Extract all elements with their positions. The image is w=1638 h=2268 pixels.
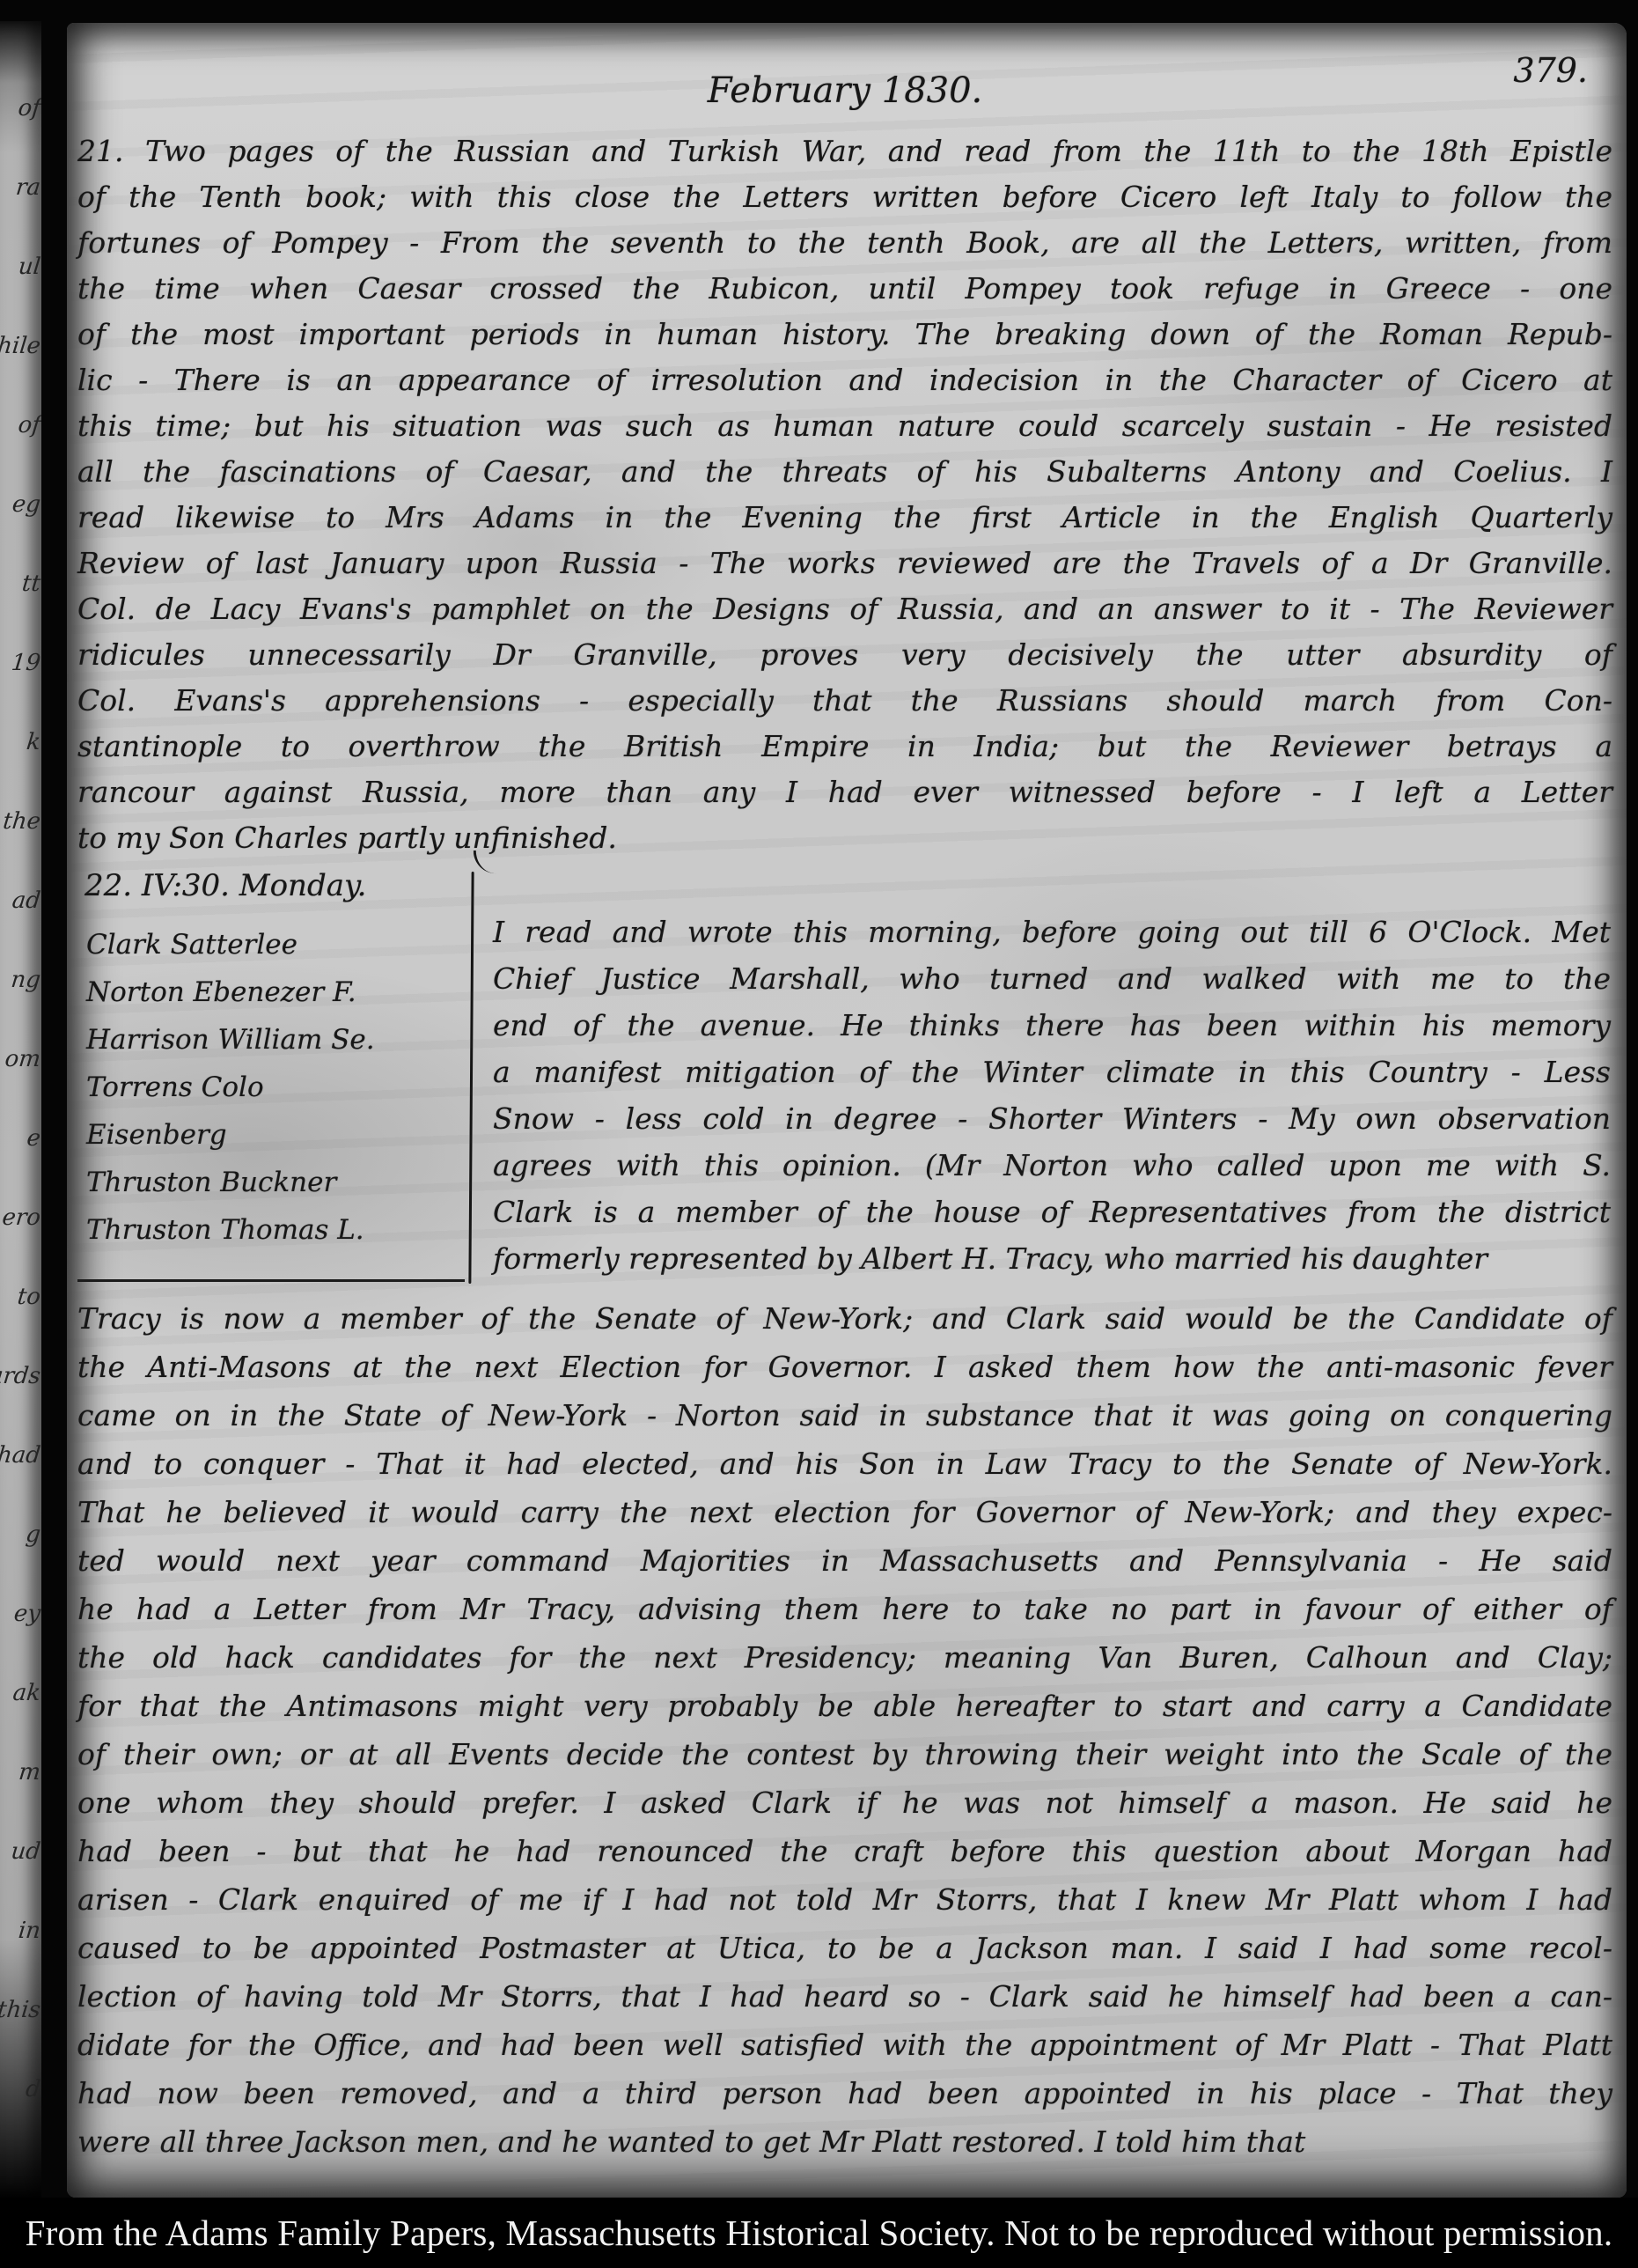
manuscript-line: That he believed it would carry the next…: [77, 1488, 1612, 1536]
visitor-name: Norton Ebenezer F.: [86, 968, 465, 1016]
manuscript-line: formerly represented by Albert H. Tracy,…: [493, 1235, 1611, 1282]
edge-text-fragment: d: [0, 2050, 41, 2129]
edge-text-fragment: of: [0, 69, 41, 148]
caption-bar: From the Adams Family Papers, Massachuse…: [0, 2198, 1638, 2268]
manuscript-scan: ofraulhileofegtt19ktheadngomeerotoardsha…: [0, 0, 1638, 2268]
edge-text-fragment: ey: [0, 1574, 41, 1653]
manuscript-line: a manifest mitigation of the Winter clim…: [493, 1049, 1611, 1095]
edge-text-fragment: ero: [0, 1178, 41, 1257]
edge-text-fragment: eg: [0, 465, 41, 544]
visitor-name: Torrens Colo: [86, 1064, 465, 1111]
manuscript-line: all the fascinations of Caesar, and the …: [77, 449, 1612, 495]
visitor-name: Clark Satterlee: [86, 921, 465, 968]
edge-text-fragment: ad: [0, 861, 41, 940]
edge-text-fragment: ak: [0, 1653, 41, 1733]
manuscript-line: read likewise to Mrs Adams in the Evenin…: [77, 495, 1612, 541]
edge-text-fragment: ng: [0, 940, 41, 1020]
manuscript-line: and to conquer - That it had elected, an…: [77, 1440, 1612, 1488]
manuscript-line: Chief Justice Marshall, who turned and w…: [493, 955, 1611, 1002]
manuscript-line: came on in the State of New-York - Norto…: [77, 1391, 1612, 1440]
manuscript-line: ridicules unnecessarily Dr Granville, pr…: [77, 632, 1612, 678]
manuscript-line: caused to be appointed Postmaster at Uti…: [77, 1924, 1612, 1972]
edge-text-fragment: ards: [0, 1336, 41, 1416]
edge-text-fragment: om: [0, 1020, 41, 1099]
caption-text: From the Adams Family Papers, Massachuse…: [26, 2212, 1613, 2254]
edge-text-fragment: to: [0, 1257, 41, 1336]
manuscript-line: had now been removed, and a third person…: [77, 2069, 1612, 2117]
manuscript-line: 21. Two pages of the Russian and Turkish…: [77, 129, 1612, 174]
manuscript-line: of their own; or at all Events decide th…: [77, 1730, 1612, 1778]
edge-text-fragment: ud: [0, 1812, 41, 1891]
edge-text-fragment: ul: [0, 227, 41, 306]
manuscript-line: Clark is a member of the house of Repres…: [493, 1189, 1611, 1235]
edge-text-fragment: this: [0, 1970, 41, 2050]
page-number: 379.: [1513, 51, 1588, 90]
edge-text-fragment: had: [0, 1416, 41, 1495]
edge-text-fragment: m: [0, 1733, 41, 1812]
manuscript-line: of the most important periods in human h…: [77, 312, 1612, 357]
manuscript-line: this time; but his situation was such as…: [77, 403, 1612, 449]
manuscript-line: lic - There is an appearance of irresolu…: [77, 357, 1612, 403]
manuscript-line: Col. de Lacy Evans's pamphlet on the Des…: [77, 586, 1612, 632]
edge-text-fragment: the: [0, 782, 41, 861]
manuscript-line: one whom they should prefer. I asked Cla…: [77, 1778, 1612, 1827]
diary-page: February 1830. 379. 21. Two pages of the…: [67, 23, 1627, 2198]
manuscript-line: lection of having told Mr Storrs, that I…: [77, 1972, 1612, 2021]
manuscript-line: the Anti-Masons at the next Election for…: [77, 1343, 1612, 1391]
manuscript-line: end of the avenue. He thinks there has b…: [493, 1002, 1611, 1049]
manuscript-line: ted would next year command Majorities i…: [77, 1536, 1612, 1585]
edge-text-fragment: k: [0, 703, 41, 782]
manuscript-line: to my Son Charles partly unfinished.: [77, 815, 1612, 861]
manuscript-line: stantinople to overthrow the British Emp…: [77, 724, 1612, 769]
manuscript-line: he had a Letter from Mr Tracy, advising …: [77, 1585, 1612, 1633]
entry-february-22-columns: Clark SatterleeNorton Ebenezer F.Harriso…: [77, 909, 1612, 1282]
edge-text-fragment: in: [0, 1891, 41, 1970]
manuscript-line: Review of last January upon Russia - The…: [77, 541, 1612, 586]
manuscript-line: I read and wrote this morning, before go…: [493, 909, 1611, 955]
manuscript-line: the time when Caesar crossed the Rubicon…: [77, 266, 1612, 312]
visitor-name: Harrison William Se.: [86, 1016, 465, 1064]
entry-february-21: 21. Two pages of the Russian and Turkish…: [77, 129, 1612, 861]
edge-text-fragment: g: [0, 1495, 41, 1574]
edge-text-fragment: e: [0, 1099, 41, 1178]
edge-text-fragment: tt: [0, 544, 41, 623]
edge-text-fragment: of: [0, 386, 41, 465]
manuscript-line: arisen - Clark enquired of me if I had n…: [77, 1875, 1612, 1924]
manuscript-line: were all three Jackson men, and he wante…: [77, 2117, 1612, 2166]
month-heading: February 1830.: [77, 70, 1612, 111]
manuscript-line: the old hack candidates for the next Pre…: [77, 1633, 1612, 1682]
manuscript-line: for that the Antimasons might very proba…: [77, 1682, 1612, 1730]
visitor-name: Thruston Buckner: [86, 1159, 465, 1206]
manuscript-line: had been - but that he had renounced the…: [77, 1827, 1612, 1875]
visitor-list: Clark SatterleeNorton Ebenezer F.Harriso…: [77, 909, 465, 1282]
facing-page-edge: ofraulhileofegtt19ktheadngomeerotoardsha…: [0, 21, 41, 2201]
manuscript-line: didate for the Office, and had been well…: [77, 2021, 1612, 2069]
visitor-name: Eisenberg: [86, 1111, 465, 1159]
manuscript-line: Tracy is now a member of the Senate of N…: [77, 1294, 1612, 1343]
manuscript-line: Col. Evans's apprehensions - especially …: [77, 678, 1612, 724]
entry-february-22-column-text: I read and wrote this morning, before go…: [465, 909, 1612, 1282]
page-header: February 1830. 379.: [77, 48, 1612, 121]
manuscript-line: rancour against Russia, more than any I …: [77, 769, 1612, 815]
manuscript-line: of the Tenth book; with this close the L…: [77, 174, 1612, 220]
entry-february-22-date: 22. IV:30. Monday.: [84, 868, 1612, 903]
visitor-name: Thruston Thomas L.: [86, 1206, 465, 1254]
manuscript-line: Snow - less cold in degree - Shorter Win…: [493, 1095, 1611, 1142]
manuscript-line: fortunes of Pompey - From the seventh to…: [77, 220, 1612, 266]
manuscript-line: agrees with this opinion. (Mr Norton who…: [493, 1142, 1611, 1189]
edge-text-fragment: ra: [0, 148, 41, 227]
entry-february-22-body: Tracy is now a member of the Senate of N…: [77, 1294, 1612, 2166]
edge-text-fragment: 19: [0, 623, 41, 703]
edge-text-fragment: hile: [0, 306, 41, 386]
